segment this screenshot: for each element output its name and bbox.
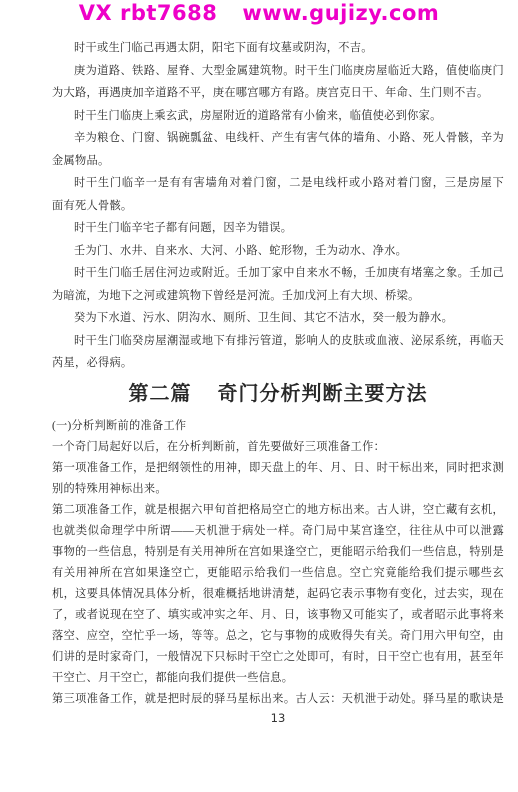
text-line: 为暗流，为地下之河或建筑物下曾经是河流。壬加戊河上有大坝、桥梁。: [52, 285, 504, 308]
text-line: 癸为下水道、污水、阴沟水、厕所、卫生间、其它不洁水，癸一般为静水。: [52, 307, 504, 330]
text-line: 事物的一些信息，特别是有关用神所在宫如果逢空亡，更能昭示给我们一些信息，特别是: [52, 542, 504, 563]
text-line: 时干生门临辛宅子都有问题，因辛为错误。: [52, 217, 504, 240]
text-line: 芮星，必得病。: [52, 352, 504, 375]
text-line: 时干生门临壬居住河边或附近。壬加丁家中自来水不畅，壬加庚有堵塞之象。壬加己: [52, 262, 504, 285]
chapter-heading-title: 奇门分析判断主要方法: [218, 381, 428, 407]
text-line: 时干或生门临己再遇太阴，阳宅下面有坟墓或阴沟，不吉。: [52, 37, 504, 60]
text-line: 时干生门临癸房屋潮湿或地下有排污管道，影响人的皮肤或血液、泌尿系统，再临天: [52, 330, 504, 353]
text-line: 第三项准备工作，就是把时辰的驿马星标出来。古人云：天机泄于动处。驿马星的歌诀是: [52, 689, 504, 710]
text-line: 落空、应空，空忙乎一场，等等。总之，它与事物的成败得失有关。奇门用六甲旬空，由于…: [52, 626, 504, 647]
text-line: 辛为粮仓、门窗、锅碗瓢盆、电线杆、产生有害气体的墙角、小路、死人骨骸，辛为小形: [52, 127, 504, 150]
text-line: (一)分析判断前的准备工作: [52, 416, 504, 437]
page-number: 13: [52, 711, 504, 726]
watermark-url-text: www.gujizy.com: [242, 1, 439, 25]
text-line: 机，这要具体情况具体分析，很难概括地讲清楚，起码它表示事物有变化，过去实，现在空: [52, 584, 504, 605]
text-line: 别的特殊用神标出来。: [52, 479, 504, 500]
text-line: 时干生门临庚上乘玄武，房屋附近的道路常有小偷来，临值使必到你家。: [52, 105, 504, 128]
text-line: 干空亡、月干空亡，都能向我们提供一些信息。: [52, 668, 504, 689]
paragraph-block-b: (一)分析判断前的准备工作一个奇门局起好以后，在分析判断前，首先要做好三项准备工…: [52, 416, 504, 710]
watermark-banner: VX rbt7688www.gujizy.com: [0, 0, 518, 27]
text-line: 也就类似命理学中所谓——天机泄于病处一样。奇门局中某宫逢空，往往从中可以泄露: [52, 521, 504, 542]
text-line: 们讲的是时家奇门，一般情况下只标时干空亡之处即可，有时，日干空亡也有用，甚至年: [52, 647, 504, 668]
text-line: 庚为道路、铁路、屋脊、大型金属建筑物。时干生门临庚房屋临近大路，值使临庚门前: [52, 60, 504, 83]
text-line: 了，或者说现在空了、填实或冲实之年、月、日，该事物又可能实了，或者昭示此事将来要: [52, 605, 504, 626]
text-line: 为大路，再遇庚加辛道路不平，庚在哪宫哪方有路。庚宫克日干、年命、生门则不吉。: [52, 82, 504, 105]
scanned-book-page: VX rbt7688www.gujizy.com 时干或生门临己再遇太阴，阳宅下…: [0, 0, 518, 792]
text-line: 第一项准备工作，是把纲领性的用神，即天盘上的年、月、日、时干标出来，同时把求测类: [52, 458, 504, 479]
text-line: 时干生门临辛一是有有害墙角对着门窗，二是电线杆或小路对着门窗，三是房屋下: [52, 172, 504, 195]
text-line: 第二项准备工作，就是根据六甲旬首把格局空亡的地方标出来。古人讲，空亡藏有玄机，: [52, 500, 504, 521]
text-line: 壬为门、水井、自来水、大河、小路、蛇形物，壬为动水、净水。: [52, 240, 504, 263]
text-line: 一个奇门局起好以后，在分析判断前，首先要做好三项准备工作：: [52, 437, 504, 458]
text-line: 金属物品。: [52, 150, 504, 173]
watermark-vx-text: VX rbt7688: [79, 1, 218, 25]
chapter-heading: 第二篇 奇门分析判断主要方法: [52, 381, 504, 407]
paragraph-block-a: 时干或生门临己再遇太阴，阳宅下面有坟墓或阴沟，不吉。庚为道路、铁路、屋脊、大型金…: [52, 37, 504, 375]
text-line: 有关用神所在宫如果逢空亡，更能昭示给我们一些信息。空亡究竟能给我们提示哪些玄: [52, 563, 504, 584]
page-body: 时干或生门临己再遇太阴，阳宅下面有坟墓或阴沟，不吉。庚为道路、铁路、屋脊、大型金…: [52, 37, 504, 726]
chapter-heading-label: 第二篇: [129, 381, 192, 407]
text-line: 面有死人骨骸。: [52, 195, 504, 218]
